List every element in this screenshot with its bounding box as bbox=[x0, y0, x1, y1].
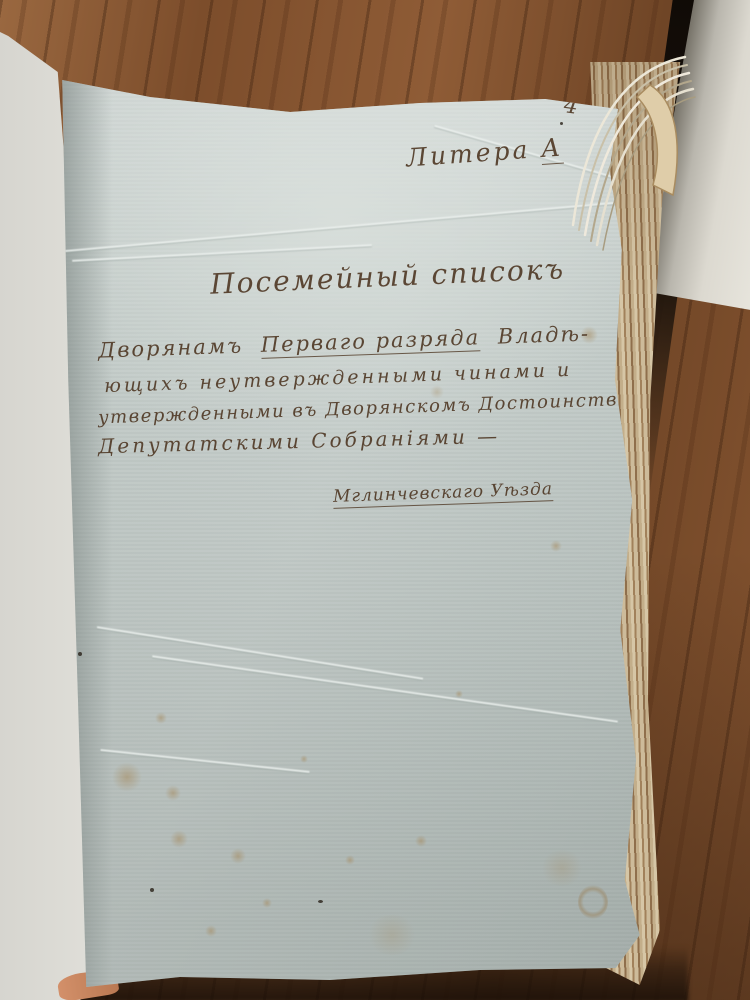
stain-spot bbox=[366, 915, 418, 955]
body-line-1: Дворянамъ Перваго разряда Владѣ- bbox=[98, 321, 591, 362]
stain-spot bbox=[262, 898, 272, 908]
litera-heading: Литера А bbox=[405, 133, 564, 173]
stain-spot bbox=[345, 855, 355, 865]
stain-spot bbox=[455, 690, 463, 698]
ink-dot bbox=[150, 888, 154, 892]
stain-spot bbox=[155, 712, 167, 724]
stain-spot bbox=[112, 762, 142, 792]
stain-spot bbox=[415, 835, 427, 847]
stain-ring bbox=[578, 885, 608, 919]
ink-dot bbox=[318, 900, 323, 903]
stain-spot bbox=[550, 540, 562, 552]
curled-pages-fan bbox=[565, 45, 700, 260]
stain-spot bbox=[230, 848, 246, 864]
stain-spot bbox=[300, 755, 308, 763]
ink-dot bbox=[560, 122, 563, 125]
document-title: Посемейный списокъ bbox=[209, 252, 565, 300]
litera-letter: А bbox=[540, 133, 564, 165]
body-line-2: ющихъ неутвержденными чинами и bbox=[104, 359, 573, 397]
underlined-phrase: Перваго разряда bbox=[260, 325, 480, 359]
district-line: Мглинчевскаго Уѣзда bbox=[333, 479, 554, 507]
torn-page-fragment bbox=[637, 85, 677, 195]
body-line-4: Депутатскими Собраніями — bbox=[98, 424, 501, 459]
stain-spot bbox=[165, 785, 181, 801]
photo-of-manuscript: 4 Литера А Посемейный списокъ Дворянамъ … bbox=[0, 0, 750, 1000]
litera-label: Литера bbox=[405, 135, 531, 173]
ink-dot bbox=[78, 652, 82, 656]
stain-spot bbox=[205, 925, 217, 937]
paper-crease bbox=[152, 655, 618, 722]
stain-spot bbox=[540, 850, 584, 886]
stain-spot bbox=[170, 830, 188, 848]
